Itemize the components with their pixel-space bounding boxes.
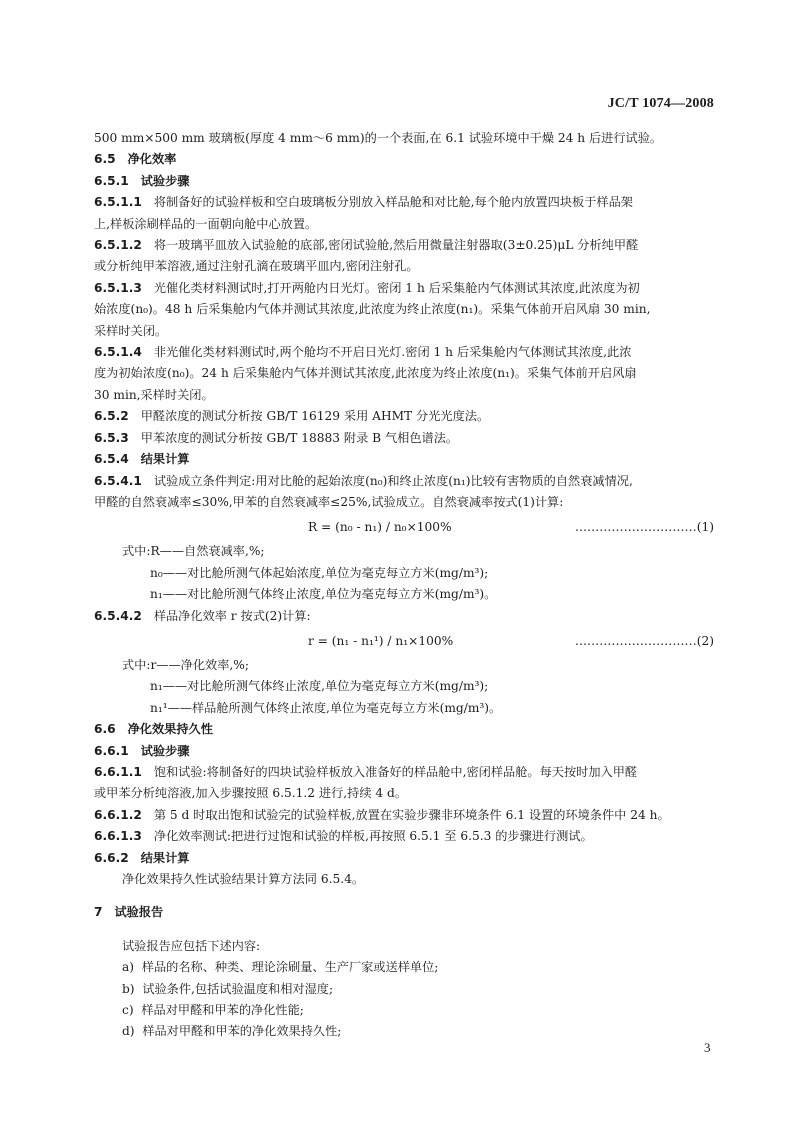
document-body: 500 mm×500 mm 玻璃板(厚度 4 mm～6 mm)的一个表面,在 6… — [94, 128, 714, 1043]
heading-6-6-2: 6.6.2结果计算 — [94, 848, 714, 869]
clause-6-5-4-2: 6.5.4.2样品净化效率 r 按式(2)计算: r = (n₁ - n₁¹) … — [94, 606, 714, 720]
clause-6-5-1-1: 6.5.1.1将制备好的试验样板和空白玻璃板分别放入样品舱和对比舱,每个舱内放置… — [94, 192, 714, 235]
list-item: c) 样品对甲醛和甲苯的净化性能; — [94, 1000, 714, 1021]
list-item: b) 试验条件,包括试验温度和相对湿度; — [94, 979, 714, 1000]
page-number: 3 — [704, 1040, 711, 1056]
heading-6-5-4: 6.5.4结果计算 — [94, 449, 714, 470]
clause-6-5-4-1: 6.5.4.1试验成立条件判定:用对比舱的起始浓度(n₀)和终止浓度(n₁)比较… — [94, 471, 714, 606]
heading-6-6: 6.6净化效果持久性 — [94, 719, 714, 740]
clause-6-6-1-3: 6.6.1.3净化效率测试:把进行过饱和试验的样板,再按照 6.5.1 至 6.… — [94, 826, 714, 847]
clause-6-5-1-2: 6.5.1.2将一玻璃平皿放入试验舱的底部,密闭试验舱,然后用微量注射器取(3±… — [94, 235, 714, 278]
clause-6-5-1-3: 6.5.1.3光催化类材料测试时,打开两舱内日光灯。密闭 1 h 后采集舱内气体… — [94, 278, 714, 342]
clause-6-6-1-2: 6.6.1.2第 5 d 时取出饱和试验完的试验样板,放置在实验步骤非环境条件 … — [94, 805, 714, 826]
clause-6-5-2: 6.5.2甲醛浓度的测试分析按 GB/T 16129 采用 AHMT 分光光度法… — [94, 406, 714, 427]
document-page: JC/T 1074—2008 500 mm×500 mm 玻璃板(厚度 4 mm… — [0, 0, 800, 1127]
heading-7: 7试验报告 — [94, 902, 714, 923]
standard-code: JC/T 1074—2008 — [608, 96, 714, 112]
report-items-list: a) 样品的名称、种类、理论涂刷量、生产厂家或送样单位; b) 试验条件,包括试… — [94, 957, 714, 1043]
list-item: d) 样品对甲醛和甲苯的净化效果持久性; — [94, 1021, 714, 1042]
clause-6-5-3: 6.5.3甲苯浓度的测试分析按 GB/T 18883 附录 B 气相色谱法。 — [94, 428, 714, 449]
clause-6-6-1-1: 6.6.1.1饱和试验:将制备好的四块试验样板放入准备好的样品舱中,密闭样品舱。… — [94, 762, 714, 805]
heading-6-5-1: 6.5.1试验步骤 — [94, 171, 714, 192]
heading-6-6-1: 6.6.1试验步骤 — [94, 741, 714, 762]
heading-6-5: 6.5净化效率 — [94, 149, 714, 170]
intro-line: 500 mm×500 mm 玻璃板(厚度 4 mm～6 mm)的一个表面,在 6… — [94, 128, 714, 149]
formula-expression: R = (n₀ - n₁) / n₀×100% — [308, 513, 452, 541]
formula-1: R = (n₀ - n₁) / n₀×100% …………………………(1) — [94, 513, 714, 541]
formula-reference: …………………………(1) — [575, 513, 714, 541]
formula-2: r = (n₁ - n₁¹) / n₁×100% …………………………(2) — [94, 627, 714, 655]
report-intro: 试验报告应包括下述内容: — [94, 936, 714, 957]
clause-6-6-2-text: 净化效果持久性试验结果计算方法同 6.5.4。 — [94, 869, 714, 890]
clause-6-5-1-4: 6.5.1.4非光催化类材料测试时,两个舱均不开启日光灯.密闭 1 h 后采集舱… — [94, 342, 714, 406]
formula-expression: r = (n₁ - n₁¹) / n₁×100% — [308, 627, 453, 655]
formula-reference: …………………………(2) — [575, 627, 714, 655]
list-item: a) 样品的名称、种类、理论涂刷量、生产厂家或送样单位; — [94, 957, 714, 978]
